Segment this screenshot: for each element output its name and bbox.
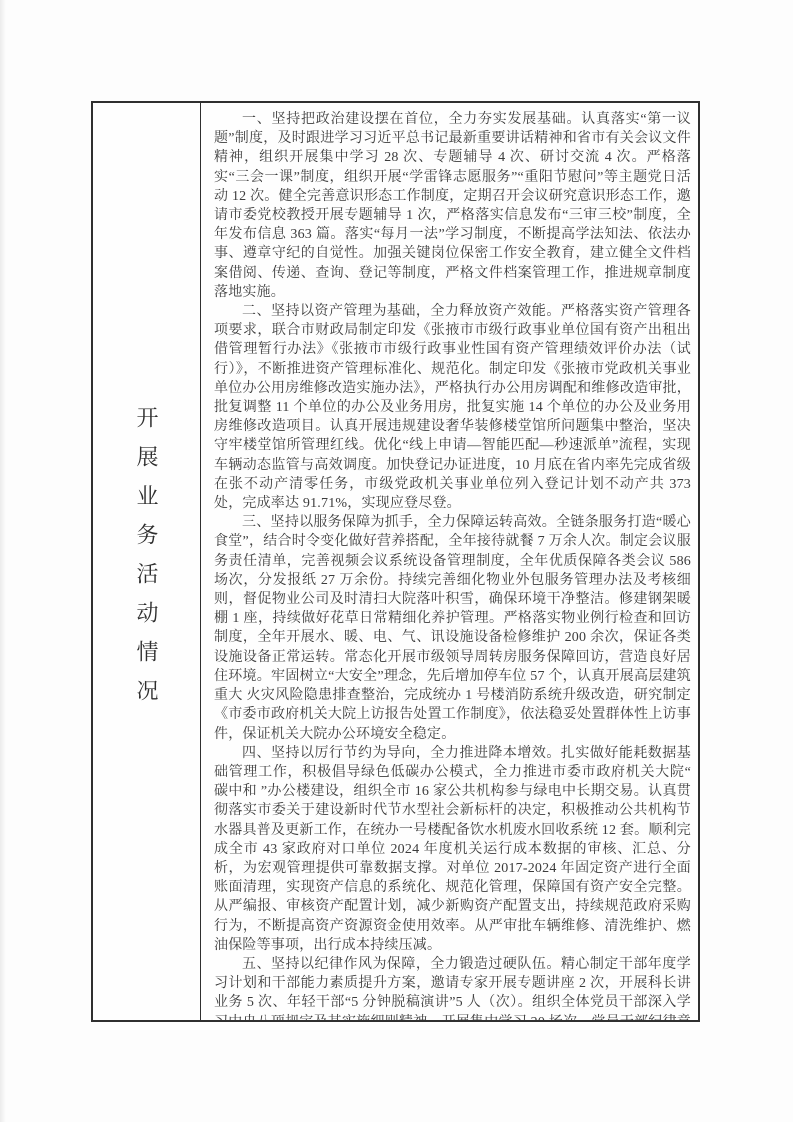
paragraph-asset-management: 二、坚持以资产管理为基础，全力释放资产效能。严格落实资产管理各项要求，联合市财政… [214, 302, 691, 513]
row-header-cell: 开展业务活动情况 [93, 103, 201, 1020]
paragraph-service-support: 三、坚持以服务保障为抓手，全力保障运转高效。全链条服务打造“暖心食堂”，结合时令… [214, 513, 691, 743]
scan-edge-shadow [0, 0, 6, 1122]
paragraph-political-building: 一、坚持把政治建设摆在首位，全力夯实发展基础。认真落实“第一议题”制度，及时跟进… [214, 110, 691, 302]
row-header-vertical-label: 开展业务活动情况 [131, 406, 162, 718]
report-form-table: 开展业务活动情况 一、坚持把政治建设摆在首位，全力夯实发展基础。认真落实“第一议… [91, 101, 700, 1022]
paragraph-cost-saving: 四、坚持以厉行节约为导向，全力推进降本增效。扎实做好能耗数据基础管理工作，积极倡… [214, 744, 691, 955]
paragraph-discipline-style: 五、坚持以纪律作风为保障，全力锻造过硬队伍。精心制定干部年度学习计划和干部能力素… [214, 955, 691, 1020]
report-content-cell: 一、坚持把政治建设摆在首位，全力夯实发展基础。认真落实“第一议题”制度，及时跟进… [201, 103, 698, 1020]
scanned-document-page: 开展业务活动情况 一、坚持把政治建设摆在首位，全力夯实发展基础。认真落实“第一议… [0, 0, 793, 1122]
